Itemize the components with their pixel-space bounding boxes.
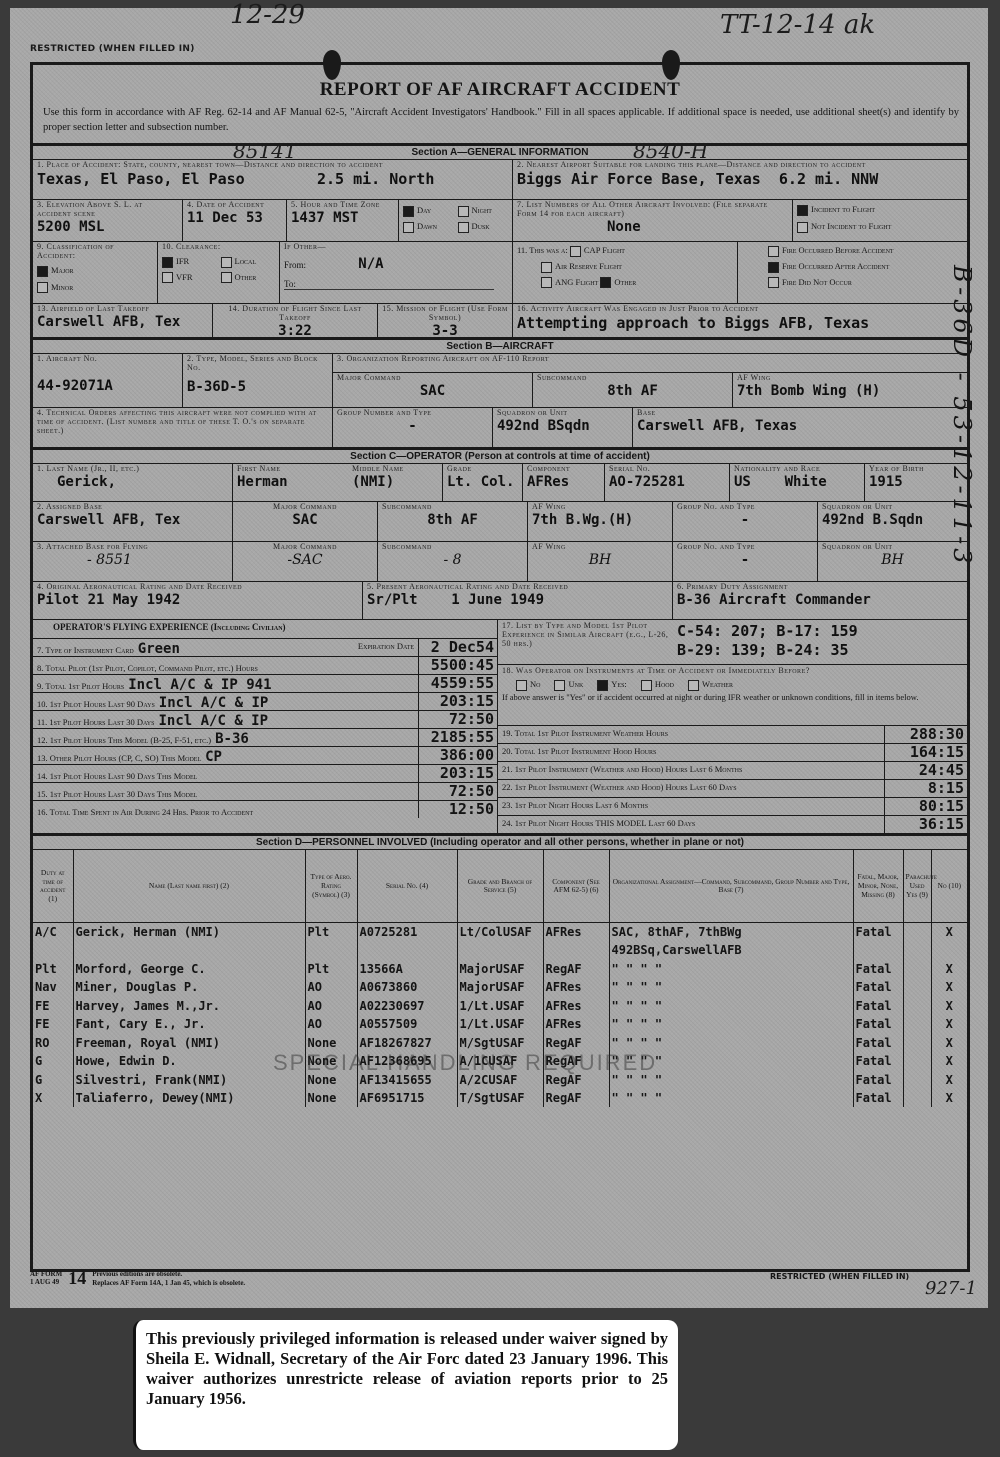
experience-row: 10. 1st Pilot Hours Last 90 DaysIncl A/C… [33, 692, 497, 710]
personnel-table-wrap: Duty at time of accident (1)Name (Last n… [33, 849, 967, 1157]
experience-row: 7. Type of Instrument CardGreenExpiratio… [33, 638, 497, 656]
field-technical-orders: 4. Technical Orders affecting this aircr… [33, 408, 333, 447]
field-present-rating: 5. Present Aeronautical Rating and Date … [363, 582, 673, 619]
field-assigned-squadron: Squadron or Unit 492nd B.Sqdn [818, 502, 967, 541]
cell-rating: None [305, 1089, 357, 1108]
checkbox-ifr[interactable]: IFR [162, 256, 217, 268]
checkbox-cap-flight[interactable]: CAP Flight [570, 245, 625, 255]
field-original-rating: 4. Original Aeronautical Rating and Date… [33, 582, 363, 619]
experience-row: 20. Total 1st Pilot Instrument Hood Hour… [498, 743, 967, 761]
field-similar-aircraft: 17. List by Type and Model 1st Pilot Exp… [498, 620, 967, 664]
cell-serial: A0725281 [357, 922, 457, 941]
field-flight-type: 11. This was a: CAP Flight Air Reserve F… [513, 242, 738, 303]
field-attached-major-command: Major Command -SAC [233, 542, 378, 581]
field-if-other: If Other— From: N/A To: [280, 242, 513, 303]
cell-chute-yes [903, 1070, 931, 1089]
cell-injury [853, 941, 903, 960]
section-b-header: Section B—AIRCRAFT [33, 337, 967, 353]
checkbox-other-clearance[interactable]: Other [221, 272, 276, 284]
experience-row: 11. 1st Pilot Hours Last 30 DaysIncl A/C… [33, 710, 497, 728]
experience-row: 14. 1st Pilot Hours Last 90 Days This Mo… [33, 764, 497, 782]
cell-chute-no: X [931, 996, 967, 1015]
checkbox-no-fire[interactable]: Fire Did Not Occur [768, 277, 963, 289]
cell-chute-no: X [931, 959, 967, 978]
special-handling-stamp: SPECIAL HANDLING REQUIRED [273, 1050, 657, 1076]
checkbox-instruments-hood[interactable]: Hood [641, 679, 674, 691]
cell-injury: Fatal [853, 959, 903, 978]
form-footer: AF FORM 1 AUG 49 14 Previous editions ar… [30, 1268, 245, 1289]
cell-grade: Lt/ColUSAF [457, 922, 543, 941]
cell-name [73, 941, 305, 960]
cell-component: AFRes [543, 922, 609, 941]
experience-row: 19. Total 1st Pilot Instrument Weather H… [498, 725, 967, 743]
cell-injury: Fatal [853, 978, 903, 997]
field-grade: Grade Lt. Col. [443, 464, 523, 501]
field-af-wing: AF Wing 7th Bomb Wing (H) [733, 372, 967, 407]
cell-rating [305, 941, 357, 960]
checkbox-instruments-no[interactable]: No [516, 679, 540, 691]
cell-injury: Fatal [853, 922, 903, 941]
experience-row: 9. Total 1st Pilot HoursIncl A/C & IP 94… [33, 674, 497, 692]
restricted-marking-bottom: RESTRICTED (WHEN FILLED IN) [770, 1272, 909, 1281]
cell-duty: FE [33, 1015, 73, 1034]
cell-duty: FE [33, 996, 73, 1015]
handwritten-note-top-right: TT-12-14 ak [720, 10, 875, 40]
cell-grade: MajorUSAF [457, 978, 543, 997]
cell-org: " " " " [609, 996, 853, 1015]
cell-injury: Fatal [853, 1070, 903, 1089]
field-last-takeoff: 13. Airfield of Last Takeoff Carswell AF… [33, 304, 213, 337]
cell-serial: A0557509 [357, 1015, 457, 1034]
section-c-header: Section C—OPERATOR (Person at controls a… [33, 447, 967, 463]
checkbox-not-incident[interactable]: Not Incident to Flight [797, 221, 963, 233]
handwritten-page-number: 927-1 [925, 1278, 977, 1299]
cell-rating: None [305, 1033, 357, 1052]
cell-rating: Plt [305, 959, 357, 978]
cell-duty: Nav [33, 978, 73, 997]
personnel-row: FEHarvey, James M.,Jr.AOA022306971/Lt.US… [33, 996, 967, 1015]
field-activity: 16. Activity Aircraft Was Engaged in Jus… [513, 304, 967, 337]
cell-org: " " " " [609, 1033, 853, 1052]
checkbox-fire-before[interactable]: Fire Occurred Before Accident [768, 245, 963, 257]
personnel-row: FEFant, Cary E., Jr.AOA05575091/Lt.USAFA… [33, 1015, 967, 1034]
checkbox-dawn[interactable]: Dawn [403, 221, 454, 233]
field-on-instruments: 18. Was Operator on Instruments at Time … [498, 664, 967, 725]
cell-chute-yes [903, 1052, 931, 1071]
cell-name: Howe, Edwin D. [73, 1052, 305, 1071]
experience-row: 23. 1st Pilot Night Hours Last 6 Months8… [498, 797, 967, 815]
cell-org: " " " " [609, 959, 853, 978]
field-assigned-major-command: Major Command SAC [233, 502, 378, 541]
checkbox-major[interactable]: Major [37, 265, 153, 277]
form-title: REPORT OF AF AIRCRAFT ACCIDENT [33, 79, 967, 101]
restricted-marking-top: RESTRICTED (WHEN FILLED IN) [30, 44, 195, 54]
cell-chute-yes [903, 922, 931, 941]
cell-serial: A0673860 [357, 978, 457, 997]
checkbox-instruments-weather[interactable]: Weather [688, 679, 733, 691]
cell-component: AFRes [543, 978, 609, 997]
cell-chute-no: X [931, 1015, 967, 1034]
cell-chute-no: X [931, 1070, 967, 1089]
field-base: Base Carswell AFB, Texas [633, 408, 967, 447]
column-header: Duty at time of accident (1) [33, 850, 73, 922]
cell-chute-yes [903, 941, 931, 960]
cell-injury: Fatal [853, 1015, 903, 1034]
cell-serial: A02230697 [357, 996, 457, 1015]
cell-component [543, 941, 609, 960]
cell-chute-yes [903, 959, 931, 978]
cell-name: Gerick, Herman (NMI) [73, 922, 305, 941]
checkbox-instruments-unk[interactable]: Unk [554, 679, 583, 691]
form-instructions: Use this form in accordance with AF Reg.… [33, 101, 967, 135]
field-assigned-subcommand: Subcommand 8th AF [378, 502, 528, 541]
cell-org: 492BSq,CarswellAFB [609, 941, 853, 960]
form-label: AF FORM 1 AUG 49 [30, 1271, 62, 1286]
personnel-row: 492BSq,CarswellAFB [33, 941, 967, 960]
column-header: Type of Aero. Rating (Symbol) (3) [305, 850, 357, 922]
checkbox-ang-flight[interactable]: ANG Flight [541, 277, 598, 287]
cell-duty [33, 941, 73, 960]
cell-name: Freeman, Royal (NMI) [73, 1033, 305, 1052]
cell-grade: T/SgtUSAF [457, 1089, 543, 1108]
cell-grade [457, 941, 543, 960]
cell-serial: AF6951715 [357, 1089, 457, 1108]
cell-component: RegAF [543, 1089, 609, 1108]
cell-org: " " " " [609, 1015, 853, 1034]
field-attached-squadron: Squadron or Unit BH [818, 542, 967, 581]
cell-rating: AO [305, 978, 357, 997]
field-major-command: Major Command SAC [333, 372, 533, 407]
experience-right: 17. List by Type and Model 1st Pilot Exp… [498, 620, 967, 833]
field-serial-number: Serial No. AO-725281 [605, 464, 730, 501]
field-component: Component AFRes [523, 464, 605, 501]
section-d-header: Section D—PERSONNEL INVOLVED (Including … [33, 833, 967, 849]
cell-injury: Fatal [853, 996, 903, 1015]
cell-name: Fant, Cary E., Jr. [73, 1015, 305, 1034]
field-assigned-group: Group No. and Type - [673, 502, 818, 541]
form-number: 14 [68, 1268, 86, 1289]
cell-chute-yes [903, 978, 931, 997]
personnel-row: A/CGerick, Herman (NMI)PltA0725281Lt/Col… [33, 922, 967, 941]
cell-chute-no: X [931, 1033, 967, 1052]
cell-grade: 1/Lt.USAF [457, 996, 543, 1015]
cell-injury: Fatal [853, 1089, 903, 1108]
experience-row: 13. Other Pilot Hours (CP, C, SO) This M… [33, 746, 497, 764]
experience-row: 22. 1st Pilot Instrument (Weather and Ho… [498, 779, 967, 797]
field-date-of-accident: 4. Date of Accident 11 Dec 53 [183, 200, 287, 241]
handwritten-number-a: 85141 [233, 139, 297, 163]
field-primary-duty: 6. Primary Duty Assignment B-36 Aircraft… [673, 582, 967, 619]
cell-chute-no: X [931, 922, 967, 941]
accident-report-form: REPORT OF AF AIRCRAFT ACCIDENT Use this … [30, 62, 970, 1272]
field-attached-wing: AF Wing BH [528, 542, 673, 581]
cell-duty: A/C [33, 922, 73, 941]
cell-grade: 1/Lt.USAF [457, 1015, 543, 1034]
cell-duty: X [33, 1089, 73, 1108]
column-header: Name (Last name first) (2) [73, 850, 305, 922]
cell-duty: RO [33, 1033, 73, 1052]
field-group: Group Number and Type - [333, 408, 493, 447]
checkbox-minor[interactable]: Minor [37, 282, 153, 294]
experience-row: 12. 1st Pilot Hours This Model (B-25, F-… [33, 728, 497, 746]
cell-component: AFRes [543, 1015, 609, 1034]
field-attached-base: 3. Attached Base for Flying - 8551 [33, 542, 233, 581]
personnel-row: PltMorford, George C.Plt13566AMajorUSAFR… [33, 959, 967, 978]
field-classification: 9. Classification of Accident: Major Min… [33, 242, 158, 303]
field-assigned-wing: AF Wing 7th B.Wg.(H) [528, 502, 673, 541]
cell-serial [357, 941, 457, 960]
cell-org: " " " " [609, 1089, 853, 1108]
field-hour-time-zone: 5. Hour and Time Zone 1437 MST [287, 200, 399, 241]
field-middle-name: Middle Name (NMI) [348, 464, 443, 501]
cell-chute-no: X [931, 1089, 967, 1108]
personnel-row: ROFreeman, Royal (NMI)NoneAF18267827M/Sg… [33, 1033, 967, 1052]
field-subcommand: Subcommand 8th AF [533, 372, 733, 407]
column-header: Fatal, Major, Minor, None, Missing (8) [853, 850, 903, 922]
field-place-of-accident: 1. Place of Accident: State, county, nea… [33, 160, 513, 199]
field-elevation: 3. Elevation Above S. L. at accident sce… [33, 200, 183, 241]
checkbox-vfr[interactable]: VFR [162, 272, 217, 284]
field-squadron: Squadron or Unit 492nd BSqdn [493, 408, 633, 447]
cell-name: Taliaferro, Dewey(NMI) [73, 1089, 305, 1108]
flying-experience: OPERATOR'S FLYING EXPERIENCE (Including … [33, 619, 967, 833]
experience-row: 8. Total Pilot (1st Pilot, Copilot, Comm… [33, 656, 497, 674]
column-header: Grade and Branch of Service (5) [457, 850, 543, 922]
cell-grade: MajorUSAF [457, 959, 543, 978]
cell-serial: AF18267827 [357, 1033, 457, 1052]
experience-row: 24. 1st Pilot Night Hours THIS MODEL Las… [498, 815, 967, 833]
field-year-of-birth: Year of Birth 1915 [865, 464, 967, 501]
cell-component: RegAF [543, 1033, 609, 1052]
cell-org: " " " " [609, 978, 853, 997]
cell-name: Silvestri, Frank(NMI) [73, 1070, 305, 1089]
cell-grade: M/SgtUSAF [457, 1033, 543, 1052]
field-fire: Fire Occurred Before Accident Fire Occur… [738, 242, 967, 303]
field-mission: 15. Mission of Flight (Use Form Symbol) … [378, 304, 513, 337]
field-other-aircraft: 7. List Numbers of All Other Aircraft In… [513, 200, 793, 241]
cell-name: Morford, George C. [73, 959, 305, 978]
cell-duty: Plt [33, 959, 73, 978]
field-aircraft-type: 2. Type, Model, Series and Block No. B-3… [183, 354, 333, 407]
field-last-name: 1. Last Name (Jr., II, etc.) Gerick, [33, 464, 233, 501]
cell-injury: Fatal [853, 1033, 903, 1052]
field-duration: 14. Duration of Flight Since Last Takeof… [213, 304, 378, 337]
cell-rating: Plt [305, 922, 357, 941]
checkbox-dusk[interactable]: Dusk [458, 221, 509, 233]
field-aircraft-number: 1. Aircraft No. 44-92071A [33, 354, 183, 407]
field-clearance: 10. Clearance: IFR Local VFR Other [158, 242, 280, 303]
cell-rating: AO [305, 1015, 357, 1034]
checkbox-instruments-yes[interactable]: Yes: [597, 679, 627, 691]
cell-chute-yes [903, 1089, 931, 1108]
cell-rating: AO [305, 996, 357, 1015]
checkbox-air-reserve[interactable]: Air Reserve Flight [517, 261, 733, 273]
column-header: Organizational Assignment—Command, Subco… [609, 850, 853, 922]
experience-row: 16. Total Time Spent in Air During 24 Hr… [33, 800, 497, 818]
column-header: Serial No. (4) [357, 850, 457, 922]
cell-chute-yes [903, 996, 931, 1015]
checkbox-fire-after[interactable]: Fire Occurred After Accident [768, 261, 963, 273]
cell-injury: Fatal [853, 1052, 903, 1071]
field-attached-subcommand: Subcommand - 8 [378, 542, 528, 581]
section-a-header: Section A—GENERAL INFORMATION [33, 143, 967, 159]
cell-chute-no: X [931, 978, 967, 997]
cell-chute-yes [903, 1033, 931, 1052]
experience-title: OPERATOR'S FLYING EXPERIENCE (Including … [33, 620, 497, 638]
field-incident-to-flight: Incident to Flight Not Incident to Fligh… [793, 200, 967, 241]
column-header: Parachute Used Yes (9) [903, 850, 931, 922]
cell-serial: 13566A [357, 959, 457, 978]
column-header: No (10) [931, 850, 967, 922]
field-nationality-race: Nationality and Race US White [730, 464, 865, 501]
cell-component: RegAF [543, 959, 609, 978]
cell-duty: G [33, 1052, 73, 1071]
form-notes: Previous editions are obsolete. Replaces… [92, 1270, 245, 1287]
checkbox-other-flight[interactable]: Other [600, 277, 636, 287]
cell-component: AFRes [543, 996, 609, 1015]
field-nearest-airport: 2. Nearest Airport Suitable for landing … [513, 160, 967, 199]
handwritten-note-top-left: 12-29 [230, 0, 305, 30]
cell-name: Harvey, James M.,Jr. [73, 996, 305, 1015]
release-notice: This previously privileged information i… [133, 1320, 678, 1450]
field-attached-group: Group No. and Type - [673, 542, 818, 581]
experience-left: OPERATOR'S FLYING EXPERIENCE (Including … [33, 620, 498, 833]
experience-row: 21. 1st Pilot Instrument (Weather and Ho… [498, 761, 967, 779]
experience-row: 15. 1st Pilot Hours Last 30 Days This Mo… [33, 782, 497, 800]
column-header: Component (See AFM 62-5) (6) [543, 850, 609, 922]
checkbox-incident-to-flight[interactable]: Incident to Flight [797, 204, 963, 216]
field-assigned-base: 2. Assigned Base Carswell AFB, Tex [33, 502, 233, 541]
org-reporting-group: 3. Organization Reporting Aircraft on AF… [333, 354, 967, 407]
checkbox-local[interactable]: Local [221, 256, 276, 268]
checkbox-night[interactable]: Night [458, 205, 509, 217]
personnel-row: NavMiner, Douglas P.AOA0673860MajorUSAFA… [33, 978, 967, 997]
cell-name: Miner, Douglas P. [73, 978, 305, 997]
cell-chute-no [931, 941, 967, 960]
cell-duty: G [33, 1070, 73, 1089]
checkbox-day[interactable]: Day [403, 205, 454, 217]
cell-chute-no: X [931, 1052, 967, 1071]
personnel-row: XTaliaferro, Dewey(NMI)NoneAF6951715T/Sg… [33, 1089, 967, 1108]
cell-org: SAC, 8thAF, 7thBWg [609, 922, 853, 941]
handwritten-number-b: 8540-H [633, 139, 708, 163]
cell-chute-yes [903, 1015, 931, 1034]
field-daylight: Day Night Dawn Dusk [399, 200, 513, 241]
field-first-name: First Name Herman [233, 464, 348, 501]
